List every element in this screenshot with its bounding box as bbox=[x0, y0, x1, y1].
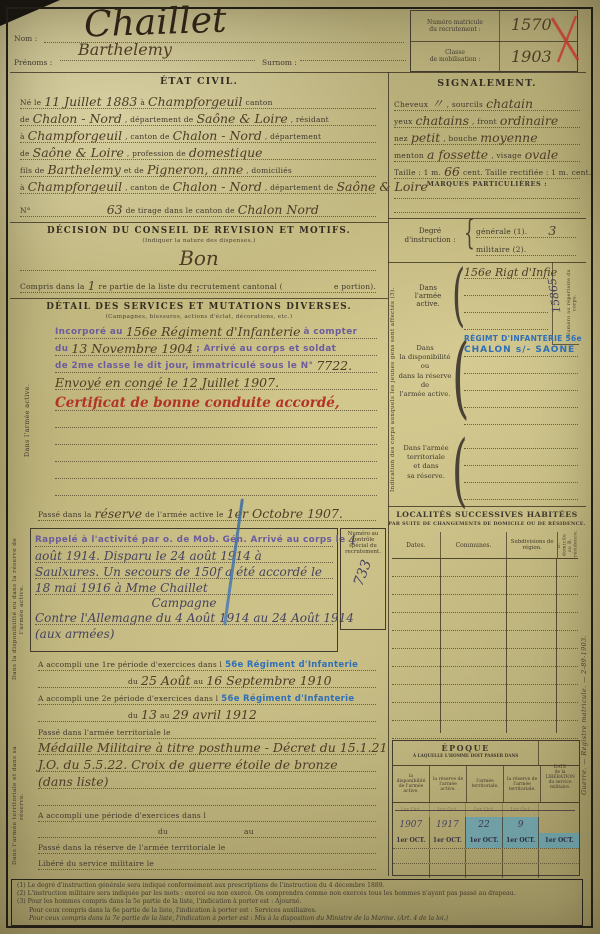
reserve-line: Passé dans la réserve de l'armée active … bbox=[38, 504, 376, 521]
periode-line: A accompli une 1re période d'exercices d… bbox=[38, 654, 376, 671]
ruled-line bbox=[464, 408, 578, 425]
armee-active-lines: 156e Rigt d'Infie bbox=[464, 262, 548, 330]
ruled-line bbox=[394, 184, 580, 199]
footnotes-box: (1) Le degré d'instruction générale sera… bbox=[11, 879, 583, 926]
armee-territoriale-lines bbox=[464, 432, 578, 500]
epoque-col: l'armée territoriale. bbox=[467, 766, 504, 802]
services-title: DÉTAIL DES SERVICES ET MUTATIONS DIVERSE… bbox=[10, 302, 388, 312]
epoque-year: 9 bbox=[503, 817, 540, 833]
divider bbox=[388, 218, 586, 219]
side-label-disponibilite: Dans la disponibilité ou dans la réserve… bbox=[12, 534, 26, 684]
mob-line: (aux armées) bbox=[35, 625, 333, 640]
services-subtitle: (Campagnes, blessures, actions d'éclat, … bbox=[10, 314, 388, 320]
ruled-line bbox=[464, 483, 578, 500]
epoque-year: 1917 bbox=[430, 817, 467, 833]
etat-civil-line: fils de Barthelemy et de Pigneron, anne … bbox=[20, 160, 376, 177]
localites-col-subdiv: Subdivisions de région. bbox=[507, 532, 558, 558]
mobilisation-box: Rappelé à l'activité par o. de Mob. Gén.… bbox=[30, 528, 338, 652]
territoriale-line: Passé dans la réserve de l'armée territo… bbox=[38, 838, 376, 854]
surnom-line bbox=[300, 44, 406, 61]
margin-note: Guerre. — Registre matricule. — 2-89-190… bbox=[580, 560, 588, 870]
periode-line: A accompli une 2e période d'exercices da… bbox=[38, 688, 376, 705]
epoque-stamp: 1er OCT. bbox=[503, 833, 540, 848]
service-line: de 2me classe le dit jour, immatriculé s… bbox=[55, 356, 377, 373]
epoque-stamp: 1er OCT. bbox=[393, 833, 430, 848]
instruction-militaire-label: militaire (2). bbox=[476, 246, 526, 256]
epoque-subtitle: À LAQUELLE L'HOMME DOIT PASSER DANS bbox=[393, 753, 538, 758]
decision-subtitle: (Indiquer la nature des dispenses.) bbox=[10, 238, 388, 244]
instruction-label: Degré d'instruction : bbox=[398, 226, 462, 244]
matricule-label: Numéro matricule du recrutement : bbox=[427, 19, 483, 33]
service-line: Envoyé en congé le 12 Juillet 1907. bbox=[55, 373, 377, 390]
red-check-mark bbox=[548, 12, 584, 64]
signalement-line: Cheveux 〃 , sourcils chatain bbox=[394, 94, 580, 111]
epoque-col: la disponibilité de l'armée active. bbox=[393, 766, 430, 802]
regiment-stamp-line2: CHALON s/- SAONE bbox=[464, 346, 575, 356]
epoque-year: 22 bbox=[466, 817, 503, 833]
disponibilite-label: Dans la disponibilité ou dans la réserve… bbox=[396, 344, 454, 399]
instruction-militaire: militaire (2). bbox=[476, 240, 576, 256]
strike-line bbox=[395, 810, 575, 811]
classe-value: 1903 bbox=[511, 47, 552, 66]
ruled-line bbox=[464, 432, 578, 449]
side-label-territoriale: Dans l'armée territoriale et dans sa rés… bbox=[12, 742, 26, 870]
ruled-line bbox=[464, 279, 548, 296]
compris-line: Compris dans la 1 re partie de la liste … bbox=[20, 276, 376, 293]
service-line: Incorporé au 156e Régiment d'Infanterie … bbox=[55, 322, 377, 339]
nom-label: Nom : bbox=[14, 26, 37, 45]
controle-special-box: Numéro au contrôle spécial du recrutemen… bbox=[340, 528, 386, 630]
epoque-title: ÉPOQUE bbox=[393, 743, 538, 753]
ruled-line bbox=[38, 789, 376, 806]
localites-title: LOCALITÉS SUCCESSIVES HABITÉES bbox=[388, 510, 586, 519]
epoque-col: la réserve de l'armée active. bbox=[430, 766, 467, 802]
etat-civil-line: de Chalon - Nord , département de Saône … bbox=[20, 109, 376, 126]
localites-col-communes: Communes. bbox=[441, 532, 508, 558]
etat-civil-title: ÉTAT CIVIL. bbox=[10, 76, 388, 87]
ruled-line bbox=[394, 198, 580, 213]
matricule-value: 1570 bbox=[511, 15, 552, 34]
divider bbox=[10, 222, 388, 223]
instruction-generale-value: 3 bbox=[548, 225, 556, 238]
campagne-header: Campagne bbox=[35, 595, 333, 609]
epoque-table: ÉPOQUE À LAQUELLE L'HOMME DOIT PASSER DA… bbox=[392, 740, 580, 876]
mob-line: Rappelé à l'activité par o. de Mob. Gén.… bbox=[35, 531, 333, 547]
localites-table: Dates. Communes. Subdivisions de région.… bbox=[392, 532, 578, 734]
instruction-generale: générale (1). 3 bbox=[476, 222, 576, 238]
surnom-label: Surnom : bbox=[262, 50, 297, 69]
epoque-year: 1907 bbox=[393, 817, 430, 833]
medaille-line: (dans liste) bbox=[38, 772, 376, 789]
territoriale-line: Libéré du service militaire le bbox=[38, 854, 376, 870]
ruled-line bbox=[55, 428, 377, 445]
localites-col-side: D. domicile ou R. résidence. bbox=[558, 532, 578, 558]
ruled-line bbox=[55, 411, 377, 428]
territoriale-block: A accompli une période d'exercices dans … bbox=[38, 806, 376, 870]
etat-civil-line: de Saône & Loire , profession de domesti… bbox=[20, 143, 376, 160]
signalement-block: Cheveux 〃 , sourcils chatain yeux chatai… bbox=[394, 94, 580, 179]
footnote: (3) Pour les hommes compris dans la 5e p… bbox=[17, 898, 577, 906]
document-page: Nom : Chaillet Prénoms : Barthelemy Surn… bbox=[0, 0, 600, 934]
ruled-line bbox=[464, 449, 578, 466]
signalement-line: menton a fossette , visage ovale bbox=[394, 145, 580, 162]
periode-line: Passé dans l'armée territoriale le bbox=[38, 722, 376, 739]
mob-line: août 1914. Disparu le 24 août 1914 à bbox=[35, 547, 333, 563]
mob-line: 18 mai 1916 à Mme Chaillet bbox=[35, 579, 333, 595]
territoriale-line: duau bbox=[38, 822, 376, 838]
prenoms-line bbox=[60, 44, 255, 61]
taille-line: Taille : 1 m. 66 cent. Taille rectifiée … bbox=[394, 162, 580, 179]
etat-civil-line: Né le 11 Juillet 1883 à Champforgeuil ca… bbox=[20, 92, 376, 109]
etat-civil-block: Né le 11 Juillet 1883 à Champforgeuil ca… bbox=[20, 92, 376, 194]
ruled-line bbox=[464, 466, 578, 483]
classe-label: Classe de mobilisation : bbox=[430, 49, 481, 63]
signalement-line: yeux chatains , front ordinaire bbox=[394, 111, 580, 128]
conduite-line: Certificat de bonne conduite accordé, bbox=[55, 390, 377, 411]
signalement-line: nez petit , bouche moyenne bbox=[394, 128, 580, 145]
territoriale-line: A accompli une période d'exercices dans … bbox=[38, 806, 376, 822]
page-corner-shadow bbox=[0, 0, 60, 26]
footnote: Pour ceux compris dans la 7e partie de l… bbox=[17, 915, 577, 923]
header-divider bbox=[10, 72, 586, 73]
side-label-armee-active: Dans l'armée active. bbox=[24, 340, 32, 500]
signalement-title: SIGNALEMENT. bbox=[388, 78, 586, 89]
localites-side-label: D. domicile ou R. résidence. bbox=[557, 533, 579, 557]
epoque-stamp: 1er OCT. bbox=[539, 833, 579, 848]
service-line: du 13 Novembre 1904 ; Arrivé au corps et… bbox=[55, 339, 377, 356]
footnote: (2) L'instruction militaire sera indiqué… bbox=[17, 890, 577, 898]
medaille-block: Médaille Militaire à titre posthume - Dé… bbox=[38, 738, 376, 806]
services-block: Incorporé au 156e Régiment d'Infanterie … bbox=[55, 322, 377, 496]
decision-title: DÉCISION DU CONSEIL DE REVISION ET MOTIF… bbox=[10, 226, 388, 236]
footnote: Pour ceux compris dans la 6e partie de l… bbox=[17, 907, 577, 915]
divider bbox=[10, 298, 388, 299]
medaille-line: Médaille Militaire à titre posthume - Dé… bbox=[38, 738, 376, 755]
epoque-stamp: 1er OCT. bbox=[466, 833, 503, 848]
ruled-line bbox=[464, 296, 548, 313]
ruled-line bbox=[464, 357, 578, 374]
ruled-line bbox=[464, 374, 578, 391]
ruled-line bbox=[20, 254, 376, 271]
medaille-line: J.O. du 5.5.22. Croix de guerre étoile d… bbox=[38, 755, 376, 772]
ruled-line bbox=[55, 445, 377, 462]
disponibilite-lines: RÉGIMT D'INFANTERIE 56e CHALON s/- SAONE bbox=[464, 330, 578, 425]
epoque-stamp: 1er OCT. bbox=[430, 833, 467, 848]
periodes-block: A accompli une 1re période d'exercices d… bbox=[38, 654, 376, 739]
epoque-year bbox=[539, 817, 579, 833]
instruction-generale-label: générale (1). bbox=[476, 228, 527, 238]
ruled-line bbox=[55, 462, 377, 479]
mob-line: Contre l'Allemagne du 4 Août 1914 au 24 … bbox=[35, 609, 333, 625]
mob-line: Saulxures. Un secours de 150f a été acco… bbox=[35, 563, 333, 579]
tirage-line: N°63 de tirage dans le canton de Chalon … bbox=[20, 200, 376, 217]
epoque-date-col: DATE de la LIBÉRATION du service militai… bbox=[541, 752, 579, 802]
brace: { bbox=[464, 216, 475, 250]
armee-active-value: 156e Rigt d'Infie bbox=[464, 267, 557, 278]
prenoms-label: Prénoms : bbox=[14, 50, 52, 69]
ruled-line bbox=[55, 479, 377, 496]
ruled-line bbox=[464, 313, 548, 330]
periode-line: du 13 au 29 avril 1912 bbox=[38, 705, 376, 722]
localites-subtitle: PAR SUITE DE CHANGEMENTS DE DOMICILE OU … bbox=[388, 521, 586, 527]
regiment-stamp-line1: RÉGIMT D'INFANTERIE 56e bbox=[464, 335, 582, 344]
ruled-line bbox=[464, 391, 578, 408]
etat-civil-line: à Champforgeuil , canton de Chalon - Nor… bbox=[20, 126, 376, 143]
armee-territoriale-label: Dans l'armée territoriale et dans sa rés… bbox=[398, 444, 454, 481]
periode-line: du 25 Août au 16 Septembre 1910 bbox=[38, 671, 376, 688]
divider bbox=[388, 506, 586, 507]
footnote: (1) Le degré d'instruction générale sera… bbox=[17, 882, 577, 890]
armee-active-label: Dans l'armée active. bbox=[402, 284, 454, 308]
epoque-col: la réserve de l'armée territoriale. bbox=[504, 766, 541, 802]
localites-col-dates: Dates. bbox=[392, 532, 441, 558]
etat-civil-line: à Champforgeuil , canton de Chalon - Nor… bbox=[20, 177, 376, 194]
